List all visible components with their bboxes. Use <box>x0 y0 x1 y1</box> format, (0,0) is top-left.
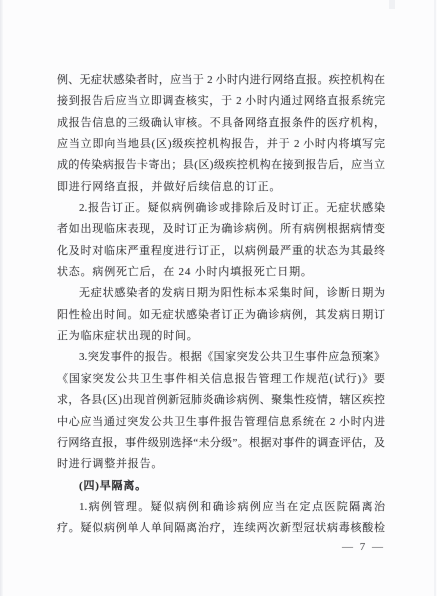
text-line: 应当立即向当地县(区)级疾控机构报告，并于 2 小时内将填写完 <box>57 134 385 155</box>
text-line: 中心应当通过突发公共卫生事件报告管理信息系统在 2 小时内进 <box>57 412 385 433</box>
text-line: 求，各县(区)出现首例新冠肺炎确诊病例、聚集性疫情，辖区疾控 <box>57 390 385 411</box>
scan-artifact <box>389 0 395 9</box>
text-line: (四)早隔离。 <box>57 476 385 497</box>
text-line: 者如出现临床表现，及时订正为确诊病例。所有病例根据病情变 <box>57 219 385 240</box>
text-line: 成报告信息的三级确认审核。不具备网络直报条件的医疗机构， <box>57 113 385 134</box>
text-line: 状态。病例死亡后，在 24 小时内填报死亡日期。 <box>57 262 385 283</box>
page-number: — 7 — <box>342 541 385 553</box>
text-line: 即进行网络直报，并做好后续信息的订正。 <box>57 177 385 198</box>
text-line: 行网络直报，事件级别选择“未分级”。根据对事件的调查评估，及 <box>57 433 385 454</box>
text-line: 成的传染病报告卡寄出；县(区)级疾控机构在接到报告后，应当立 <box>57 155 385 176</box>
text-line: 2.报告订正。疑似病例确诊或排除后及时订正。无症状感染 <box>57 198 385 219</box>
text-line: 疗。疑似病例单人单间隔离治疗，连续两次新型冠状病毒核酸检 <box>57 518 385 539</box>
text-line: 阳性检出时间。如无症状感染者订正为确诊病例，其发病日期订 <box>57 305 385 326</box>
page-left-edge <box>0 0 3 596</box>
text-line: 《国家突发公共卫生事件相关信息报告管理工作规范(试行)》要 <box>57 369 385 390</box>
text-line: 时进行调整并报告。 <box>57 454 385 475</box>
page-right-edge <box>434 0 436 596</box>
text-line: 例、无症状感染者时，应当于 2 小时内进行网络直报。疾控机构在 <box>57 70 385 91</box>
document-body: 例、无症状感染者时，应当于 2 小时内进行网络直报。疾控机构在接到报告后应当立即… <box>57 70 385 540</box>
text-line: 正为临床症状出现的时间。 <box>57 326 385 347</box>
text-line: 接到报告后应当立即调查核实，于 2 小时内通过网络直报系统完 <box>57 91 385 112</box>
text-line: 1.病例管理。疑似病例和确诊病例应当在定点医院隔离治 <box>57 497 385 518</box>
text-line: 3.突发事件的报告。根据《国家突发公共卫生事件应急预案》 <box>57 347 385 368</box>
text-line: 化及时对临床严重程度进行订正，以病例最严重的状态为其最终 <box>57 241 385 262</box>
text-line: 无症状感染者的发病日期为阳性标本采集时间，诊断日期为 <box>57 283 385 304</box>
document-page: 例、无症状感染者时，应当于 2 小时内进行网络直报。疾控机构在接到报告后应当立即… <box>0 0 437 596</box>
